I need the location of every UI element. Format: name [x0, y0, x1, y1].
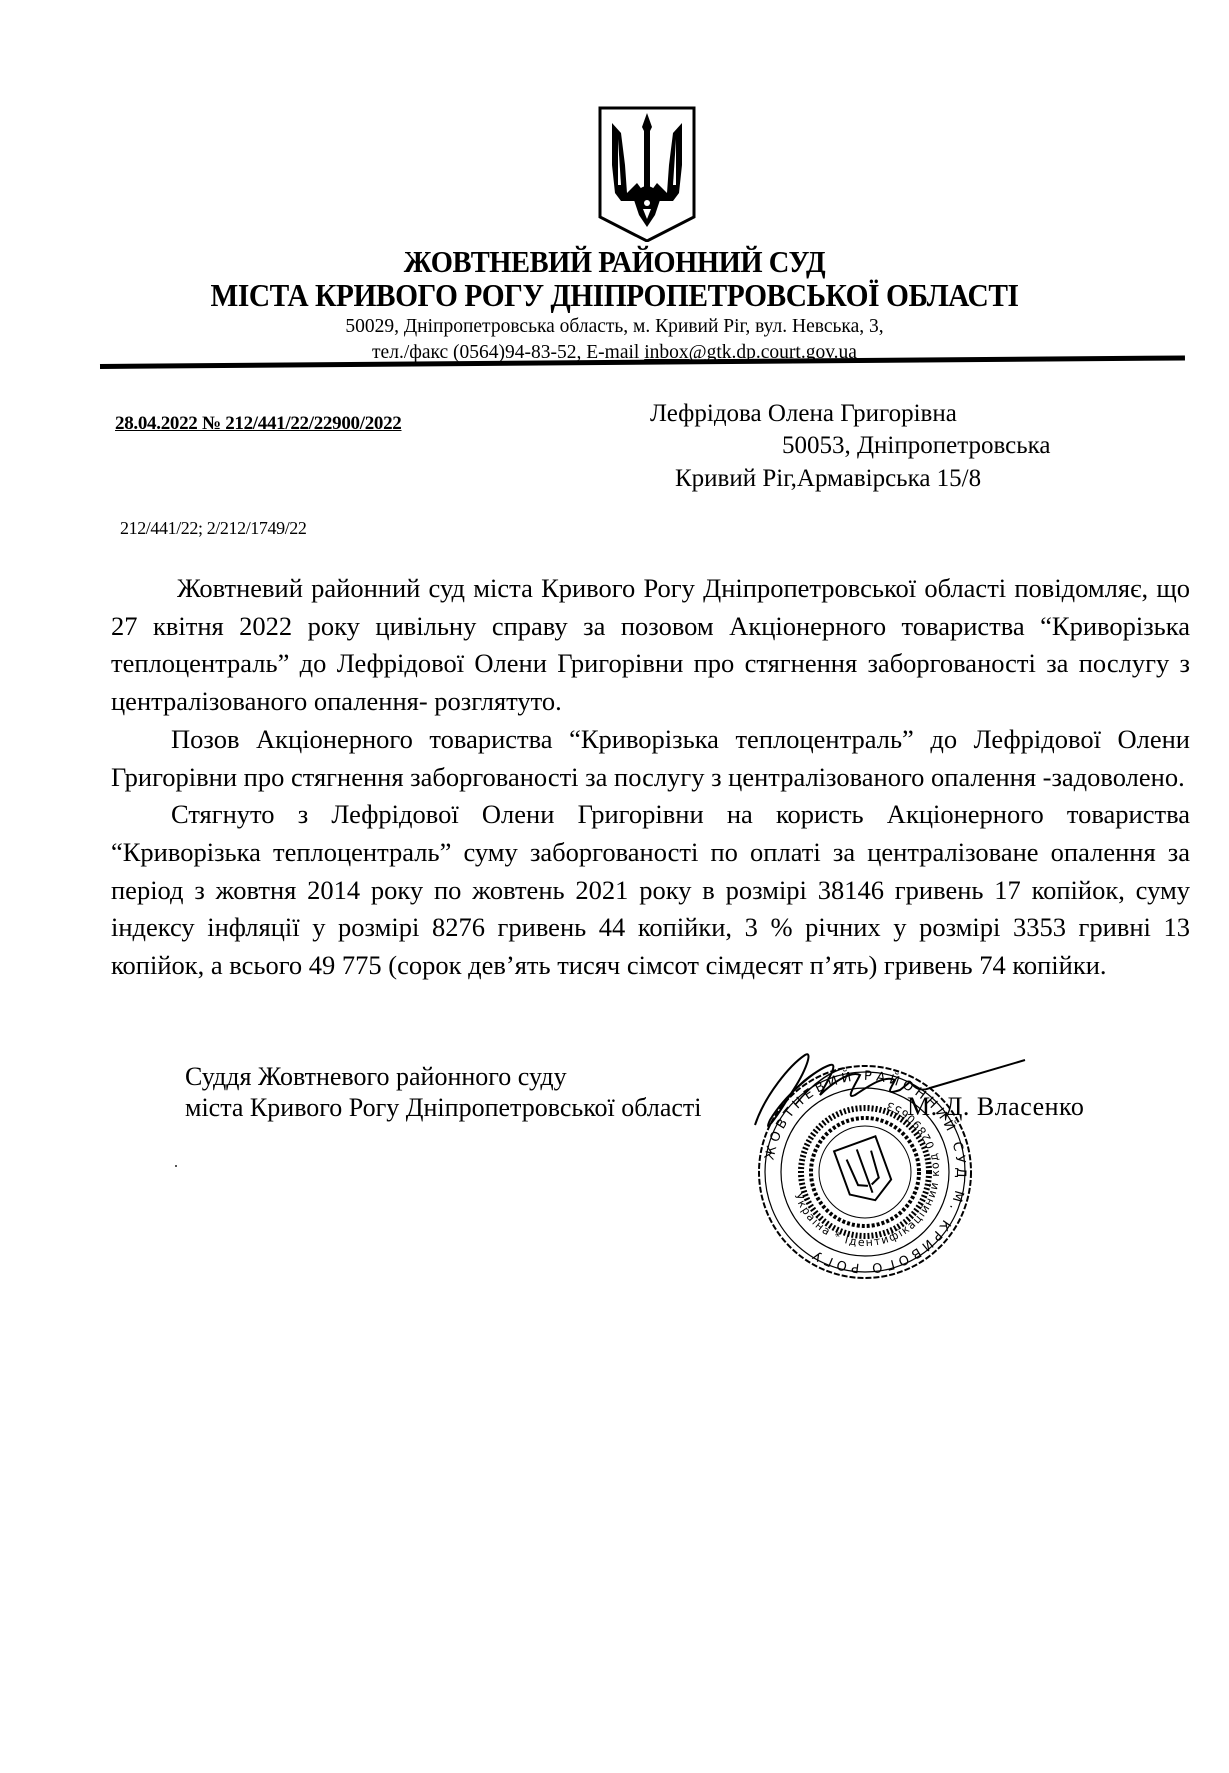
court-name-line2: МІСТА КРИВОГО РОГУ ДНІПРОПЕТРОВСЬКОЇ ОБЛ… — [49, 277, 1180, 314]
scan-speck — [175, 1165, 177, 1167]
letter-body: Жовтневий районний суд міста Кривого Рог… — [111, 570, 1190, 985]
judge-name: М. Д. Власенко — [907, 1092, 1084, 1122]
case-numbers: 212/441/22; 2/212/1749/22 — [120, 518, 307, 539]
body-paragraph: Стягнуто з Лефрідової Олени Григорівни н… — [111, 796, 1190, 985]
body-paragraph: Жовтневий районний суд міста Кривого Рог… — [111, 570, 1190, 721]
addressee-street: Кривий Ріг,Армавірська 15/8 — [675, 465, 981, 493]
signer-title-line1: Суддя Жовтневого районного суду — [185, 1062, 567, 1092]
addressee-postal-city: 50053, Дніпропетровська — [782, 432, 1050, 460]
signer-title-line2: міста Кривого Рогу Дніпропетровської обл… — [185, 1093, 701, 1123]
coat-of-arms-icon — [597, 105, 697, 242]
court-name-line1: ЖОВТНЕВИЙ РАЙОННИЙ СУД — [49, 244, 1180, 280]
outgoing-reference: 28.04.2022 № 212/441/22/22900/2022 — [115, 413, 402, 435]
body-paragraph: Позов Акціонерного товариства “Криворізь… — [111, 721, 1190, 796]
court-address: 50029, Дніпропетровська область, м. Крив… — [0, 316, 1229, 338]
addressee-name: Лефрідова Олена Григорівна — [650, 400, 957, 428]
